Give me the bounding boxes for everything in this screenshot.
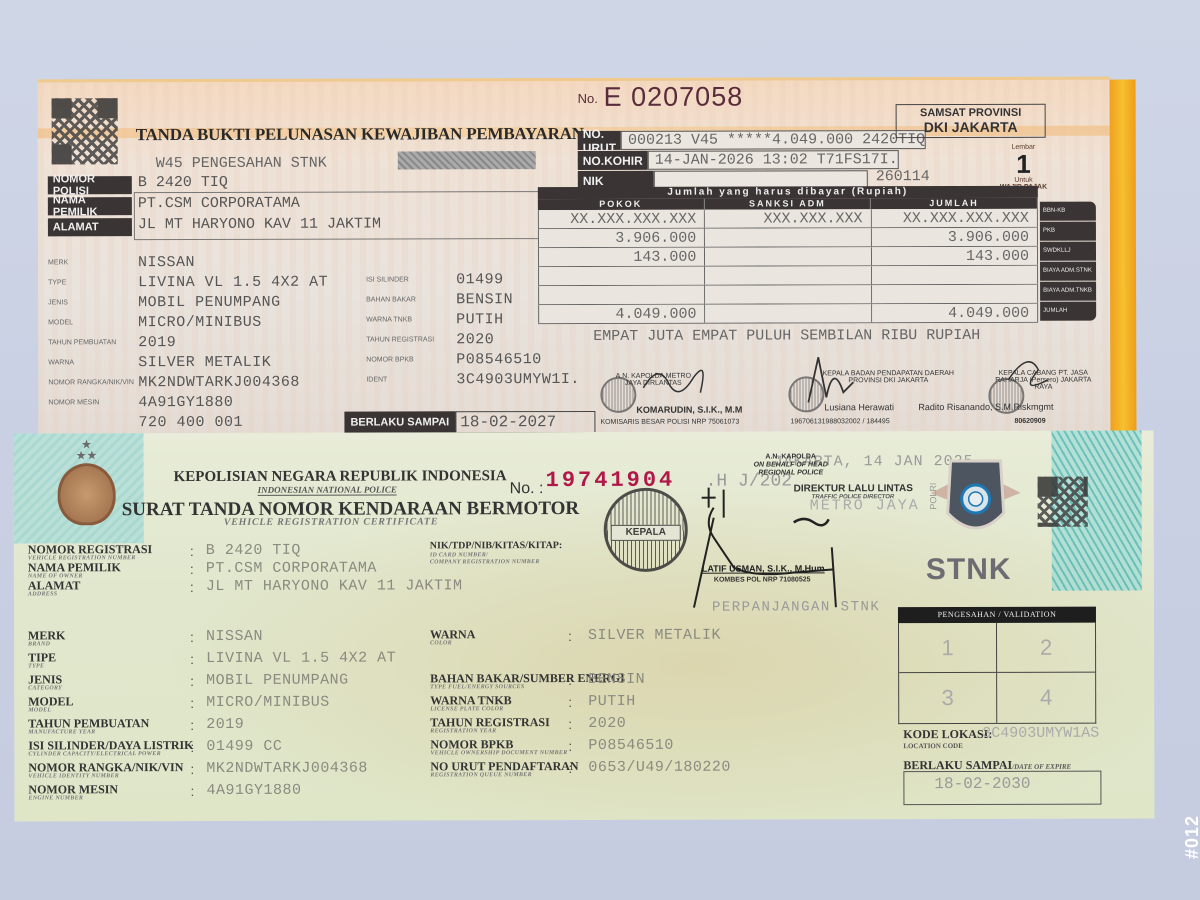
- location-code-label-en: LOCATION CODE: [903, 742, 992, 750]
- payment-row-label: PKB: [1040, 222, 1096, 241]
- tax-payment-receipt: TANDA BUKTI PELUNASAN KEWAJIBAN PEMBAYAR…: [38, 77, 1111, 436]
- payment-row-label: BBN-KB: [1040, 202, 1096, 221]
- spec-label: MERK: [48, 259, 68, 266]
- validation-box: PENGESAHAN / VALIDATION 1 2 3 4: [898, 607, 1096, 725]
- field-label-en: VEHICLE OWNERSHIP DOCUMENT NUMBER: [430, 750, 567, 757]
- field-colon: :: [190, 673, 194, 689]
- field-value: PT.CSM CORPORATAMA: [206, 560, 377, 577]
- field-label-en: REGISTRATION QUEUE NUMBER: [430, 772, 578, 779]
- validation-title: PENGESAHAN / VALIDATION: [898, 607, 1096, 624]
- field-colon: :: [190, 651, 194, 667]
- cell-sanksi: [705, 228, 871, 246]
- payment-row-label: BIAYA ADM.STNK: [1040, 262, 1096, 281]
- cell-jumlah: XX.XXX.XXX.XXX: [872, 209, 1038, 227]
- spec-label: TAHUN PEMBUATAN: [48, 339, 116, 346]
- field-label-en: ENGINE NUMBER: [28, 795, 118, 802]
- field-label-en: MANUFACTURE YEAR: [28, 729, 149, 736]
- field-colon: :: [190, 739, 194, 755]
- cell-jumlah: [872, 266, 1038, 284]
- field-label: TIPETYPE: [28, 651, 56, 670]
- field-colon: :: [568, 628, 572, 644]
- field-value: 01499 CC: [206, 738, 282, 755]
- nik-label-text: NIK/TDP/NIB/KITAS/KITAP:: [430, 540, 562, 551]
- kapolda-line2: ON BEHALF OF HEAD: [754, 461, 828, 469]
- field-label-en: BRAND: [28, 641, 65, 648]
- field-label: ALAMATADDRESS: [28, 579, 81, 598]
- samsat-box: SAMSAT PROVINSI DKI JAKARTA: [896, 104, 1046, 138]
- stars-icon: ★★★: [70, 439, 104, 461]
- spec-label: TYPE: [48, 279, 66, 286]
- field-value: B 2420 TIQ: [206, 542, 301, 559]
- hologram-strip: [1110, 80, 1137, 436]
- field-label-en: MODEL: [28, 707, 73, 714]
- cell-jumlah: 4.049.000: [872, 304, 1038, 322]
- cell-pokok: 143.000: [538, 248, 705, 266]
- field-label-text: WARNA: [430, 627, 475, 641]
- payment-row: 4.049.0004.049.000: [538, 304, 1038, 324]
- samsat-line2: DKI JAKARTA: [897, 119, 1045, 135]
- location-code-label-text: KODE LOKASI:: [903, 727, 992, 741]
- receipt-subtitle: W45 PENGESAHAN STNK: [156, 155, 327, 172]
- payment-row-label: JUMLAH: [1040, 302, 1096, 321]
- value-no-urut: 000213 V45 *****4.049.000 2420TIQ: [621, 130, 926, 150]
- field-label: MERKBRAND: [28, 629, 65, 648]
- urut-kohir-box: NO. URUT000213 V45 *****4.049.000 2420TI…: [578, 130, 868, 191]
- field-label-text: NAMA PEMILIK: [28, 560, 121, 574]
- signature-2-name: Lusiana Herawati: [824, 402, 894, 412]
- spec-label: NOMOR MESIN: [48, 399, 99, 406]
- field-colon: :: [568, 738, 572, 754]
- spec-label: WARNA: [48, 359, 74, 366]
- field-label-text: MERK: [28, 628, 65, 642]
- field-value: PUTIH: [588, 693, 636, 710]
- cell-pokok: 4.049.000: [538, 305, 705, 323]
- spec-value: 4A91GY1880: [138, 394, 233, 411]
- location-code-label: KODE LOKASI: LOCATION CODE: [903, 727, 992, 750]
- label-nik: NIK/TDP/NIB/KITAS/KITAP: ID CARD NUMBER/…: [430, 540, 563, 566]
- cell-sanksi: [705, 266, 871, 284]
- spec-value: BENSIN: [456, 291, 513, 308]
- signature-3-title: KEPALA CABANG PT. JASA RAHARJA (Persero)…: [988, 370, 1098, 391]
- value-no-kohir: 14-JAN-2026 13:02 T71FS17I.: [648, 150, 899, 170]
- cell-pokok: XX.XXX.XXX.XXX: [538, 210, 705, 228]
- field-label-en: CATEGORY: [28, 685, 62, 692]
- validation-cell-1: 1: [899, 623, 997, 673]
- perpanjangan-stnk: PERPANJANGAN STNK: [712, 599, 880, 615]
- field-value: NISSAN: [206, 628, 263, 645]
- cell-sanksi: XXX.XXX.XXX: [705, 209, 871, 227]
- kapolda-line3: REGIONAL POLICE: [754, 469, 828, 477]
- amount-in-words: EMPAT JUTA EMPAT PULUH SEMBILAN RIBU RUP…: [593, 328, 1073, 345]
- field-label: ISI SILINDER/DAYA LISTRIKCYLINDER CAPACI…: [28, 739, 193, 758]
- lembar-badge: Lembar 1 Untuk WAJIB PAJAK: [1000, 144, 1047, 191]
- signature-1-id: KOMISARIS BESAR POLISI NRP 75061073: [600, 419, 739, 426]
- validation-cell-2: 2: [997, 623, 1095, 673]
- field-label: MODELMODEL: [28, 695, 73, 714]
- field-value: LIVINA VL 1.5 4X2 AT: [206, 649, 396, 666]
- agency-name-en: INDONESIAN NATIONAL POLICE: [258, 484, 397, 495]
- field-colon: :: [190, 761, 194, 777]
- photo-tag: #012: [1182, 815, 1200, 859]
- payment-row: [538, 285, 1038, 305]
- cell-pokok: 3.906.000: [538, 229, 705, 247]
- signer-id: KOMBES POL NRP 71080525: [714, 576, 811, 583]
- field-value: P08546510: [588, 737, 674, 754]
- spec-label: BAHAN BAKAR: [366, 296, 416, 303]
- cell-sanksi: [705, 304, 871, 322]
- valid-until-label: BERLAKU SAMPAI: [344, 411, 455, 433]
- column-jumlah: JUMLAH: [871, 198, 1038, 209]
- signature-2-id: 196706131988032002 / 184495: [790, 418, 889, 425]
- validation-grid: 1 2 3 4: [898, 623, 1096, 725]
- nik-label-en2: COMPANY REGISTRATION NUMBER: [430, 559, 562, 566]
- spec-value: SILVER METALIK: [138, 354, 271, 371]
- label-nama-pemilik: NAMA PEMILIK: [48, 197, 132, 215]
- field-label-text: NOMOR MESIN: [28, 782, 118, 796]
- field-value: MK2NDWTARKJ004368: [206, 760, 368, 777]
- receipt-number-prefix: No.: [578, 91, 598, 106]
- field-colon: :: [190, 695, 194, 711]
- qr-code-icon: [52, 98, 118, 164]
- spec-value: P08546510: [456, 351, 542, 368]
- vehicle-registration-certificate: ★★★ KEPOLISIAN NEGARA REPUBLIK INDONESIA…: [13, 431, 1154, 822]
- signature-3-name: Radito Risanando, S.M.Riskmgmt: [918, 402, 1053, 412]
- cell-jumlah: 143.000: [872, 247, 1038, 265]
- valid-until: BERLAKU SAMPAI 18-02-2027: [344, 411, 595, 434]
- label-no-kohir: NO.KOHIR: [578, 151, 648, 170]
- signature-3-id: 80620909: [1014, 418, 1045, 425]
- spec-label: MODEL: [48, 319, 73, 326]
- field-colon: :: [568, 716, 572, 732]
- expire-date: 18-02-2030: [903, 771, 1101, 806]
- spec-value: LIVINA VL 1.5 4X2 AT: [138, 274, 328, 291]
- payment-row-label: SWDKLLJ: [1040, 242, 1096, 261]
- field-value: BENSIN: [588, 671, 645, 688]
- redacted-bar: [398, 151, 536, 169]
- column-pokok: POKOK: [538, 199, 705, 210]
- payment-row-label: BIAYA ADM.TNKB: [1040, 282, 1096, 301]
- certificate-title-en: VEHICLE REGISTRATION CERTIFICATE: [224, 516, 439, 528]
- korlantas-shield-icon: [926, 453, 1026, 553]
- spec-value: 2020: [456, 331, 494, 348]
- cell-sanksi: [705, 247, 871, 265]
- field-value: 4A91GY1880: [206, 782, 301, 799]
- payment-row: 143.000143.000: [538, 247, 1038, 267]
- field-label-en: REGISTRATION YEAR: [430, 728, 550, 735]
- field-value: SILVER METALIK: [588, 627, 721, 644]
- field-value: MOBIL PENUMPANG: [206, 672, 349, 689]
- field-colon: :: [190, 629, 194, 645]
- owner-box: [134, 191, 540, 240]
- field-label: TAHUN REGISTRASIREGISTRATION YEAR: [430, 716, 550, 735]
- validation-cell-3: 3: [899, 673, 997, 723]
- samsat-line1: SAMSAT PROVINSI: [897, 107, 1045, 119]
- field-label: WARNACOLOR: [430, 628, 475, 647]
- field-label: NOMOR MESINENGINE NUMBER: [28, 783, 118, 802]
- spec-label: ISI SILINDER: [366, 276, 409, 283]
- validation-cell-4: 4: [997, 673, 1095, 723]
- field-label-text: MODEL: [28, 694, 73, 708]
- field-colon: :: [190, 717, 194, 733]
- director-signature-icon: [654, 477, 854, 608]
- field-label-en: CYLINDER CAPACITY/ELECTRICAL POWER: [28, 751, 193, 758]
- expire-label-en: /DATE OF EXPIRE: [1012, 763, 1071, 771]
- payment-row-labels: BBN-KBPKBSWDKLLJBIAYA ADM.STNKBIAYA ADM.…: [1040, 202, 1096, 322]
- spec-label: JENIS: [48, 299, 68, 306]
- field-value: 2019: [206, 716, 244, 733]
- cell-pokok: [538, 286, 705, 304]
- spec-label: NOMOR RANGKA/NIK/VIN: [48, 379, 134, 386]
- field-colon: :: [190, 561, 194, 577]
- spec-value: 720 400 001: [138, 414, 243, 431]
- field-colon: :: [568, 694, 572, 710]
- stnk-logo-text: STNK: [926, 553, 1012, 587]
- field-colon: :: [568, 672, 572, 688]
- kapolda-line1: A.N. KAPOLDA: [754, 453, 828, 461]
- spec-value: 3C4903UMYW1I.: [456, 371, 580, 388]
- field-label: JENISCATEGORY: [28, 673, 62, 692]
- payment-row: 3.906.0003.906.000: [538, 228, 1038, 248]
- kapolda-block: A.N. KAPOLDA ON BEHALF OF HEAD REGIONAL …: [754, 453, 828, 477]
- police-emblem-icon: [58, 463, 116, 525]
- field-label: TAHUN PEMBUATANMANUFACTURE YEAR: [28, 717, 149, 736]
- field-label-en: LICENSE PLATE COLOR: [430, 706, 511, 713]
- field-value: 2020: [588, 715, 626, 732]
- field-value: 0653/U49/180220: [588, 759, 731, 776]
- lembar-number: 1: [1000, 151, 1047, 177]
- field-label: NOMOR RANGKA/NIK/VINVEHICLE IDENTITY NUM…: [28, 761, 183, 780]
- cell-jumlah: 3.906.000: [872, 228, 1038, 246]
- field-value: JL MT HARYONO KAV 11 JAKTIM: [206, 577, 463, 595]
- polri-label: POLRI: [928, 483, 938, 510]
- label-nomor-polisi: NOMOR POLISI: [48, 176, 132, 194]
- spec-label: WARNA TNKB: [366, 316, 412, 323]
- certificate-number-label: No. :: [510, 480, 544, 498]
- field-colon: :: [190, 783, 194, 799]
- field-label-en: ADDRESS: [28, 591, 80, 598]
- payment-table: Jumlah yang harus dibayar (Rupiah) POKOK…: [538, 186, 1038, 324]
- signer-name: LATIF USMAN, S.I.K., M.Hum: [702, 563, 825, 573]
- field-value: MICRO/MINIBUS: [206, 694, 330, 711]
- signature-1-title: A.N. KAPOLDA METRO JAYA DIRLANTAS: [608, 373, 698, 387]
- spec-value: 01499: [456, 271, 504, 288]
- signature-2-title: KEPALA BADAN PENDAPATAN DAERAH PROVINSI …: [808, 370, 968, 384]
- spec-value: NISSAN: [138, 254, 195, 271]
- spec-value: MK2NDWTARKJ004368: [138, 374, 300, 391]
- field-label-en: VEHICLE IDENTITY NUMBER: [28, 773, 183, 780]
- payment-row: [538, 266, 1038, 286]
- receipt-title: TANDA BUKTI PELUNASAN KEWAJIBAN PEMBAYAR…: [136, 124, 584, 145]
- spec-label: IDENT: [366, 376, 387, 383]
- kohir-extra: 260114: [876, 168, 930, 185]
- spec-label: TAHUN REGISTRASI: [366, 336, 434, 343]
- cell-pokok: [538, 267, 705, 285]
- field-label: NO URUT PENDAFTARANREGISTRATION QUEUE NU…: [430, 760, 578, 779]
- cell-sanksi: [705, 285, 871, 303]
- spec-value: 2019: [138, 334, 176, 351]
- value-nomor-polisi: B 2420 TIQ: [138, 174, 228, 191]
- label-no-urut: NO. URUT: [578, 131, 621, 150]
- label-alamat: ALAMAT: [48, 218, 132, 236]
- agency-name: KEPOLISIAN NEGARA REPUBLIK INDONESIA: [174, 468, 507, 486]
- cell-jumlah: [872, 285, 1038, 303]
- field-colon: :: [568, 760, 572, 776]
- receipt-number: E 0207058: [604, 82, 744, 113]
- spec-value: PUTIH: [456, 311, 504, 328]
- column-sanksi: SANKSI ADM: [705, 198, 872, 209]
- spec-label: NOMOR BPKB: [366, 356, 413, 363]
- field-label-text: ALAMAT: [28, 578, 80, 592]
- spec-value: MICRO/MINIBUS: [138, 314, 262, 331]
- field-colon: :: [190, 579, 194, 595]
- field-label-en: TYPE: [28, 663, 56, 670]
- field-colon: :: [190, 543, 194, 559]
- payment-row: XX.XXX.XXX.XXXXXX.XXX.XXXXX.XXX.XXX.XXX: [538, 209, 1038, 229]
- field-label: NOMOR BPKBVEHICLE OWNERSHIP DOCUMENT NUM…: [430, 738, 567, 757]
- qr-code-icon: [1038, 477, 1088, 527]
- field-label: WARNA TNKBLICENSE PLATE COLOR: [430, 694, 512, 713]
- field-label-text: TIPE: [28, 650, 56, 664]
- location-code-value: 3C4903UMYW1AS: [982, 725, 1099, 742]
- valid-until-value: 18-02-2027: [455, 411, 595, 433]
- signature-1-name: KOMARUDIN, S.I.K., M.M: [636, 405, 742, 415]
- field-label-text: JENIS: [28, 672, 62, 686]
- spec-value: MOBIL PENUMPANG: [138, 294, 281, 311]
